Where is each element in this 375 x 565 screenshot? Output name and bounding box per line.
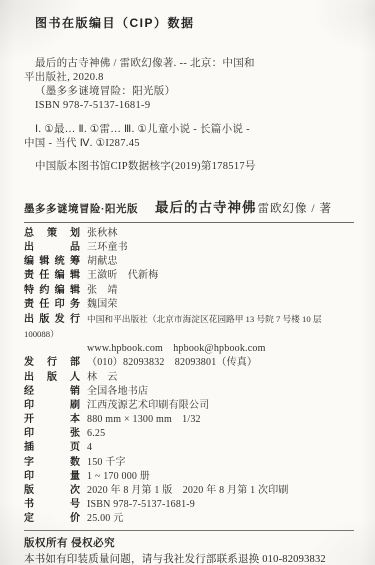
info-value: 三环童书: [87, 242, 128, 253]
divider-top: [24, 222, 354, 223]
info-row: 责任编辑王潋昕 代新梅: [24, 269, 354, 283]
info-row: 发行部（010）82093832 82093801（传真）: [24, 356, 354, 370]
info-label: 出版发行: [24, 313, 80, 327]
book-header: 墨多多谜境冒险·阳光版 最后的古寺神佛 雷欧幻像 / 著: [24, 196, 354, 216]
info-row: 插页4: [24, 441, 354, 455]
info-value: 林 云: [87, 372, 118, 383]
cip-line-2: 平出版社, 2020.8: [24, 71, 354, 85]
page-content: 图书在版编目（CIP）数据 最后的古寺神佛 / 雷欧幻像著. -- 北京：中国和…: [0, 0, 375, 565]
info-label: 责任编辑: [24, 269, 80, 283]
info-value: 4: [87, 442, 92, 453]
quality-notice: 本书如有印装质量问题，请与我社发行部联系退换 010-82093832: [24, 552, 354, 565]
info-row: 印量1 ~ 170 000 册: [24, 470, 354, 484]
copyright-page: 图书在版编目（CIP）数据 最后的古寺神佛 / 雷欧幻像著. -- 北京：中国和…: [0, 0, 375, 565]
info-value: （010）82093832 82093801（传真）: [87, 357, 257, 368]
info-label: 插页: [24, 441, 80, 455]
info-label: 字数: [24, 456, 80, 470]
info-value: 魏国荣: [87, 299, 118, 310]
cip-line-1: 最后的古寺神佛 / 雷欧幻像著. -- 北京：中国和: [24, 57, 354, 71]
info-label: 印量: [24, 470, 80, 484]
info-label: 发行部: [24, 356, 80, 370]
info-label: 特约编辑: [24, 284, 80, 298]
info-value: ISBN 978-7-5137-1681-9: [87, 499, 195, 510]
cip-header: 图书在版编目（CIP）数据: [35, 14, 354, 31]
series-name: 墨多多谜境冒险·阳光版: [24, 201, 138, 216]
info-value: www.hpbook.com hpbook@hpbook.com: [87, 343, 266, 354]
rights-statement: 版权所有 侵权必究: [24, 536, 354, 552]
info-row: 经销全国各地书店: [24, 385, 354, 399]
publication-info: 总策划张秋林 出品三环童书 编辑统筹胡献忠 责任编辑王潋昕 代新梅 特约编辑张 …: [24, 227, 354, 526]
cip-isbn: ISBN 978-7-5137-1681-9: [24, 99, 354, 113]
info-value: 王潋昕 代新梅: [87, 270, 158, 281]
info-row: 字数150 千字: [24, 456, 354, 470]
info-row: 特约编辑张 靖: [24, 284, 354, 298]
info-row: 责任印务魏国荣: [24, 298, 354, 312]
cip-block: 最后的古寺神佛 / 雷欧幻像著. -- 北京：中国和 平出版社, 2020.8 …: [24, 57, 354, 174]
info-row: 出版人林 云: [24, 371, 354, 385]
info-value: 张秋林: [87, 228, 118, 239]
info-label: 书号: [24, 498, 80, 512]
info-label: 总策划: [24, 227, 80, 241]
info-label: 编辑统筹: [24, 255, 80, 269]
footer: 版权所有 侵权必究 本书如有印装质量问题，请与我社发行部联系退换 010-820…: [24, 536, 354, 565]
info-label: 印张: [24, 427, 80, 441]
info-value: 25.00 元: [87, 513, 123, 524]
info-row: 印张6.25: [24, 427, 354, 441]
info-label: 责任印务: [24, 298, 80, 312]
cip-classification-2: 中国 - 当代 Ⅳ. ①I287.45: [24, 137, 354, 151]
cip-registry-number: 中国版本图书馆CIP数据核字(2019)第178517号: [24, 160, 354, 174]
info-value: 1 ~ 170 000 册: [87, 471, 150, 482]
info-label: 出品: [24, 241, 80, 255]
info-label: 版次: [24, 484, 80, 498]
info-label: 经销: [24, 385, 80, 399]
info-value: 江西茂源艺术印刷有限公司: [87, 400, 209, 411]
info-label: 开本: [24, 413, 80, 427]
info-label: 出版人: [24, 371, 80, 385]
info-label: 印刷: [24, 399, 80, 413]
book-author: 雷欧幻像 / 著: [258, 200, 332, 216]
info-row: 版次2020 年 8 月第 1 版 2020 年 8 月第 1 次印刷: [24, 484, 354, 498]
info-value: 2020 年 8 月第 1 版 2020 年 8 月第 1 次印刷: [87, 485, 289, 496]
info-row: 总策划张秋林: [24, 227, 354, 241]
divider-bottom: [24, 530, 354, 531]
info-row: 出版发行中国和平出版社（北京市海淀区花园路甲 13 号院 7 号楼 10 层 1…: [24, 312, 354, 342]
info-row: www.hpbook.com hpbook@hpbook.com: [24, 342, 354, 356]
info-value: 胡献忠: [87, 256, 118, 267]
info-row: 定价25.00 元: [24, 512, 354, 526]
info-value: 880 mm × 1300 mm 1/32: [87, 414, 201, 425]
info-row: 编辑统筹胡献忠: [24, 255, 354, 269]
info-value: 全国各地书店: [87, 386, 148, 397]
info-row: 书号ISBN 978-7-5137-1681-9: [24, 498, 354, 512]
info-row: 开本880 mm × 1300 mm 1/32: [24, 413, 354, 427]
info-row: 印刷江西茂源艺术印刷有限公司: [24, 399, 354, 413]
info-value: 张 靖: [87, 285, 118, 296]
cip-series-line: （墨多多谜境冒险：阳光版）: [24, 85, 354, 99]
info-value: 150 千字: [87, 457, 126, 468]
info-row: 出品三环童书: [24, 241, 354, 255]
book-title: 最后的古寺神佛: [155, 196, 257, 216]
info-value: 6.25: [87, 428, 105, 439]
info-label: 定价: [24, 512, 80, 526]
cip-classification-1: Ⅰ. ①最… Ⅱ. ①雷… Ⅲ. ①儿童小说 - 长篇小说 -: [24, 123, 354, 137]
